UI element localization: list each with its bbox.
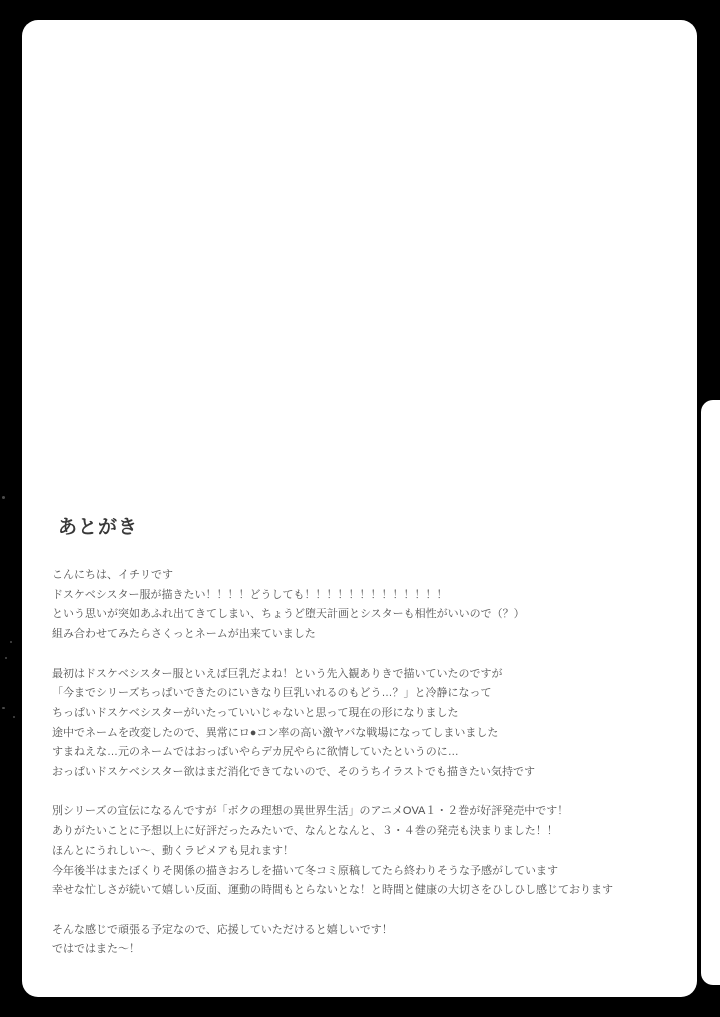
text-line: 組み合わせてみたらさくっとネームが出来ていました bbox=[52, 625, 677, 645]
text-line: 今年後半はまたぼくりそ関係の描きおろしを描いて冬コミ原稿してたら終わりそうな予感… bbox=[52, 862, 677, 882]
paragraph-production-notes: 最初はドスケベシスター服といえば巨乳だよね！という先入観ありきで描いていたのです… bbox=[52, 665, 677, 783]
text-line: ちっぱいドスケベシスターがいたっていいじゃないと思って現在の形になりました bbox=[52, 704, 677, 724]
scan-speck bbox=[5, 657, 7, 659]
scan-speck bbox=[10, 641, 12, 643]
paragraph-closing: そんな感じで頑張る予定なので、応援していただけると嬉しいです！ ではではまた〜！ bbox=[52, 921, 677, 960]
text-line: ほんとにうれしい〜、動くラピメアも見れます！ bbox=[52, 842, 677, 862]
text-line: という思いが突如あふれ出てきてしまい、ちょうど堕天計画とシスターも相性がいいので… bbox=[52, 605, 677, 625]
text-line: すまねえな…元のネームではおっぱいやらデカ尻やらに欲情していたというのに… bbox=[52, 743, 677, 763]
text-line: おっぱいドスケベシスター欲はまだ消化できてないので、そのうちイラストでも描きたい… bbox=[52, 763, 677, 783]
paragraph-greeting: こんにちは、イチリです ドスケベシスター服が描きたい！！！！どうしても！！！！！… bbox=[52, 566, 677, 645]
text-line: そんな感じで頑張る予定なので、応援していただけると嬉しいです！ bbox=[52, 921, 677, 941]
text-line: ではではまた〜！ bbox=[52, 940, 677, 960]
text-line: こんにちは、イチリです bbox=[52, 566, 677, 586]
text-line: 最初はドスケベシスター服といえば巨乳だよね！という先入観ありきで描いていたのです… bbox=[52, 665, 677, 685]
text-line: 「今までシリーズちっぱいできたのにいきなり巨乳いれるのもどう…？」と冷静になって bbox=[52, 684, 677, 704]
text-line: ドスケベシスター服が描きたい！！！！どうしても！！！！！！！！！！！！！ bbox=[52, 586, 677, 606]
text-line: 途中でネームを改変したので、異常にロ●コン率の高い激ヤバな戦場になってしまいまし… bbox=[52, 724, 677, 744]
text-line: 幸せな忙しさが続いて嬉しい反面、運動の時間もとらないとな！と時間と健康の大切さを… bbox=[52, 881, 677, 901]
book-page: あとがき こんにちは、イチリです ドスケベシスター服が描きたい！！！！どうしても… bbox=[22, 20, 697, 997]
afterword-text: こんにちは、イチリです ドスケベシスター服が描きたい！！！！どうしても！！！！！… bbox=[52, 566, 677, 960]
scan-speck bbox=[13, 716, 15, 718]
text-line: 別シリーズの宣伝になるんですが「ボクの理想の異世界生活」のアニメOVA１・２巻が… bbox=[52, 802, 677, 822]
scan-speck bbox=[2, 707, 5, 709]
scan-speck bbox=[2, 496, 5, 499]
scanned-book-photo: { "doc": { "heading": "あとがき", "paragraph… bbox=[0, 0, 720, 1017]
text-line: ありがたいことに予想以上に好評だったみたいで、なんとなんと、３・４巻の発売も決ま… bbox=[52, 822, 677, 842]
page-title: あとがき bbox=[58, 512, 138, 539]
paragraph-announcement: 別シリーズの宣伝になるんですが「ボクの理想の異世界生活」のアニメOVA１・２巻が… bbox=[52, 802, 677, 901]
next-page-edge bbox=[701, 400, 720, 985]
